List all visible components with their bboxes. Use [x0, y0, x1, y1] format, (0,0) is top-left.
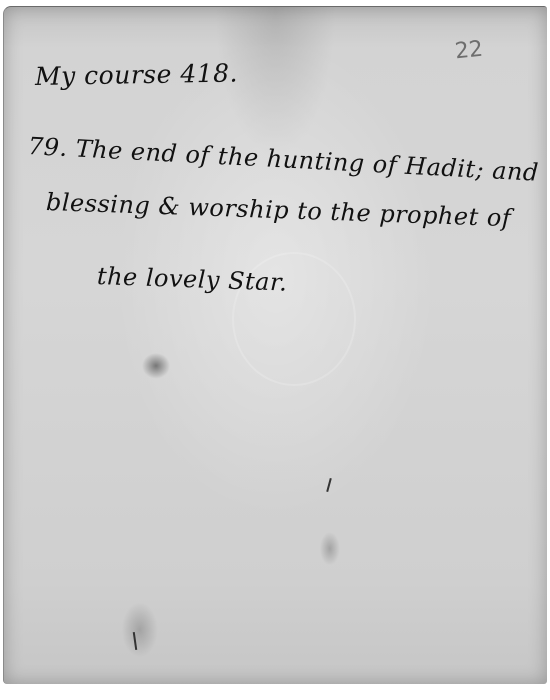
manuscript-page [3, 6, 547, 684]
folio-number: 22 [454, 37, 484, 65]
handwritten-line-1: My course 418. [35, 58, 238, 91]
